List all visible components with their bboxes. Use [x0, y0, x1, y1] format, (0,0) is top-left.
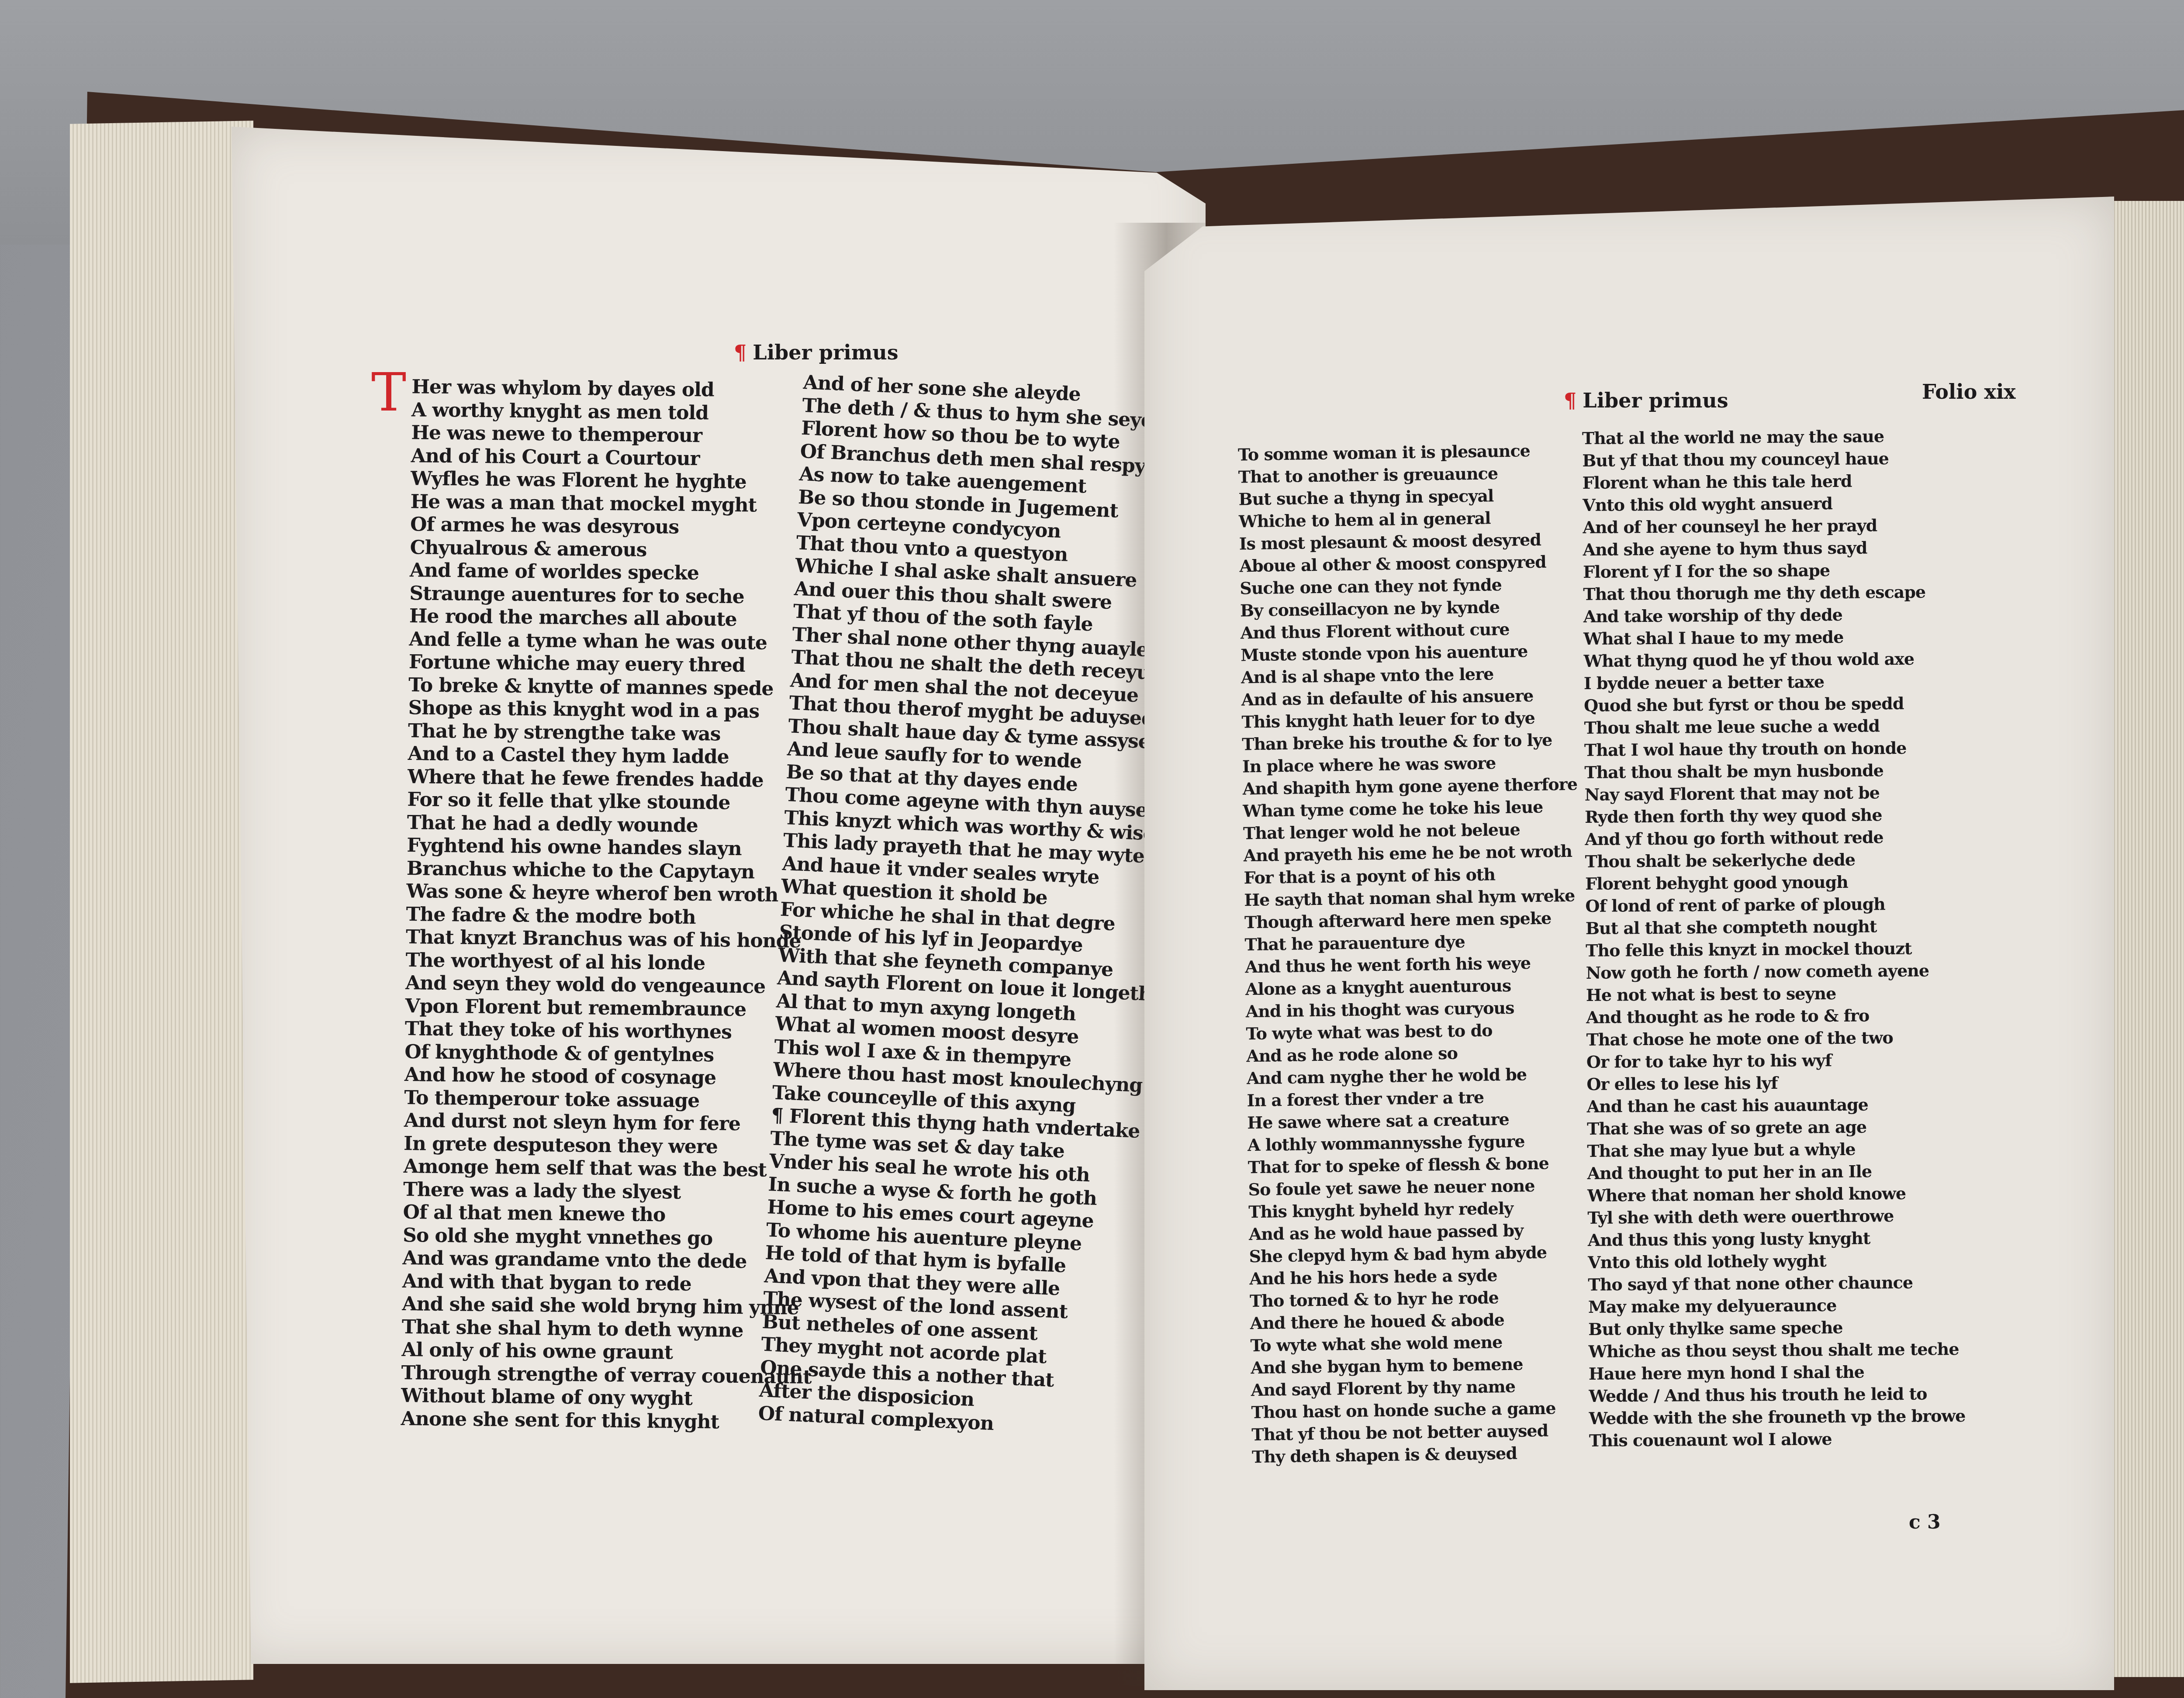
verse-line: So foule yet sawe he neuer none — [1248, 1174, 1583, 1201]
verse-line: And she said she wold bryng him ynne — [402, 1293, 812, 1320]
verse-line: Thou shalt me leue suche a wedd — [1584, 714, 1960, 739]
verse-line: And of his Court a Courtour — [411, 445, 821, 472]
verse-line: And how he stood of cosynage — [404, 1063, 815, 1091]
verse-line: Of armes he was desyrous — [410, 513, 820, 540]
verse-line: Wyfles he was Florent he hyghte — [411, 467, 821, 494]
verse-line: What shal I haue to my mede — [1583, 625, 1960, 650]
verse-line: And she ayene to hym thus sayd — [1583, 536, 1959, 561]
verse-line: That al the world ne may the saue — [1582, 424, 1959, 449]
verse-line: Fortune whiche may euery thred — [409, 651, 819, 678]
signature-mark: c 3 — [1909, 1511, 1941, 1533]
verse-line: Of al that men knewe tho — [403, 1201, 813, 1228]
verse-line: Now goth he forth / now cometh ayene — [1586, 959, 1962, 984]
verse-line: That knyzt Branchus was of his honde — [406, 926, 816, 953]
verse-line: Tyl she with deth were ouerthrowe — [1587, 1204, 1964, 1229]
verse-line: And thus this yong lusty knyght — [1588, 1226, 1964, 1251]
verse-line: The worthyest of al his londe — [405, 949, 816, 976]
verse-line: And fame of worldes specke — [410, 559, 820, 586]
verse-line: Wedde / And thus his trouth he leid to — [1589, 1382, 1965, 1407]
verse-line: Where that noman her shold knowe — [1587, 1182, 1964, 1207]
verse-line: Aboue al other & moost conspyred — [1239, 550, 1574, 577]
verse-line: Nay sayd Florent that may not be — [1585, 781, 1961, 806]
verse-line: Or for to take hyr to his wyf — [1586, 1048, 1963, 1073]
verse-line: And take worship of thy dede — [1583, 603, 1960, 628]
verse-line: Quod she but fyrst or thou be spedd — [1584, 692, 1960, 717]
verse-line: To somme woman it is plesaunce — [1238, 439, 1573, 466]
verse-line: To themperour toke assuage — [404, 1087, 814, 1114]
verse-line: There was a lady the slyest — [403, 1178, 813, 1205]
verse-line: To breke & knytte of mannes spede — [408, 674, 819, 701]
verse-line: Florent whan he this tale herd — [1583, 469, 1959, 494]
verse-line: And thus he went forth his weye — [1245, 951, 1580, 978]
verse-line: Of lond of rent of parke of plough — [1585, 892, 1962, 917]
verse-line: And seyn they wold do vengeaunce — [405, 972, 816, 999]
right-page-column-a: To somme woman it is plesaunceThat to an… — [1238, 439, 1587, 1468]
verse-line: That thou shalt be myn husbonde — [1584, 759, 1961, 783]
verse-line: May make my delyueraunce — [1588, 1293, 1965, 1318]
verse-line: He was newe to themperour — [411, 421, 821, 449]
verse-line: And prayeth his eme he be not wroth — [1243, 840, 1578, 867]
verse-line: Vnto this old wyght ansuerd — [1583, 491, 1959, 516]
verse-line: Than breke his trouthe & for to lye — [1242, 728, 1577, 756]
rubricated-initial: T — [371, 362, 406, 423]
page-edges-left — [70, 121, 253, 1683]
verse-line: That thou thorugh me thy deth escape — [1583, 580, 1959, 605]
verse-line: Vnto this old lothely wyght — [1588, 1249, 1964, 1273]
verse-line: Straunge auentures for to seche — [409, 582, 819, 609]
verse-line: And thought to put her in an Ile — [1587, 1160, 1964, 1184]
right-page-column-b: That al the world ne may the saueBut yf … — [1582, 424, 1966, 1452]
verse-line: That she shal hym to deth wynne — [402, 1316, 812, 1343]
verse-line: And thought as he rode to & fro — [1586, 1004, 1963, 1028]
verse-line: Thou shalt be sekerlyche dede — [1585, 848, 1962, 873]
verse-line: That he by strengthe take was — [408, 720, 818, 747]
verse-line: Her was whylom by dayes old — [411, 376, 822, 403]
pilcrow-icon: ¶ — [734, 341, 746, 364]
verse-line: This couenaunt wol I alowe — [1589, 1427, 1966, 1452]
verse-line: That she was of so grete an age — [1587, 1115, 1963, 1140]
verse-line: She clepyd hym & bad hym abyde — [1249, 1241, 1584, 1268]
left-page-column-a: Her was whylom by dayes oldA worthy knyg… — [401, 376, 822, 1435]
verse-line: Florent yf I for the so shape — [1583, 558, 1959, 583]
verse-line: Muste stonde vpon his auenture — [1241, 639, 1576, 666]
open-book: ¶Liber primus T Her was whylom by dayes … — [66, 92, 2184, 1698]
verse-line: Of knyghthode & of gentylnes — [404, 1041, 815, 1068]
verse-line: Without blame of ony wyght — [401, 1384, 811, 1412]
verse-line: And than he cast his auauntage — [1587, 1093, 1963, 1118]
verse-line: Was sone & heyre wherof ben wroth — [406, 880, 816, 907]
verse-line: And was grandame vnto the dede — [402, 1247, 812, 1274]
verse-line: And yf thou go forth without rede — [1585, 825, 1961, 850]
verse-line: Tho felle this knyzt in mockel thouzt — [1586, 937, 1962, 962]
verse-line: That she may lyue but a whyle — [1587, 1137, 1963, 1162]
verse-line: He not what is best to seyne — [1586, 981, 1963, 1006]
verse-line: Whiche as thou seyst thou shalt me teche — [1588, 1338, 1965, 1363]
verse-line: Wedde with the she frouneth vp the browe — [1589, 1405, 1965, 1429]
verse-line: And to a Castel they hym ladde — [408, 742, 818, 770]
verse-line: Anone she sent for this knyght — [401, 1408, 811, 1435]
left-page: ¶Liber primus T Her was whylom by dayes … — [232, 127, 1206, 1664]
verse-line: Ryde then forth thy wey quod she — [1585, 803, 1961, 828]
verse-line: That they toke of his worthynes — [405, 1018, 815, 1045]
verse-line: Though afterward here men speke — [1244, 907, 1579, 934]
verse-line: That yf thou be not better auysed — [1251, 1419, 1586, 1446]
running-head-right: ¶Liber primus — [1564, 389, 1728, 412]
verse-line: He rood the marches all aboute — [409, 605, 819, 632]
verse-line: But yf that thou my counceyl haue — [1582, 447, 1959, 472]
verse-line: And of her counseyl he her prayd — [1583, 514, 1959, 538]
running-head-left: ¶Liber primus — [734, 341, 898, 364]
verse-line: Shope as this knyght wod in a pas — [408, 697, 818, 724]
verse-line: But al that she compteth nought — [1586, 915, 1962, 939]
verse-line: For so it felle that ylke stounde — [407, 788, 817, 815]
verse-line: Thy deth shapen is & deuysed — [1252, 1441, 1587, 1468]
verse-line: And durst not sleyn hym for fere — [404, 1109, 814, 1136]
verse-line: Florent behyght good ynough — [1585, 870, 1962, 895]
folio-number: Folio xix — [1922, 380, 2016, 404]
verse-line: Or elles to lese his lyf — [1586, 1070, 1963, 1095]
right-page: ¶Liber primus Folio xix To somme woman i… — [1144, 197, 2114, 1690]
verse-line: Whan tyme come he toke his leue — [1243, 795, 1578, 822]
verse-line: So old she myght vnnethes go — [403, 1224, 813, 1251]
verse-line: What thyng quod he yf thou wold axe — [1583, 647, 1960, 672]
pilcrow-icon: ¶ — [1564, 389, 1576, 412]
verse-line: Haue here myn hond I shal the — [1589, 1360, 1965, 1385]
verse-line: Al only of his owne graunt — [401, 1339, 812, 1366]
verse-line: That chose he mote one of the two — [1586, 1026, 1963, 1051]
verse-line: Branchus whiche to the Capytayn — [407, 857, 817, 884]
verse-line: I bydde neuer a better taxe — [1584, 670, 1960, 694]
verse-line: That I wol haue thy trouth on honde — [1584, 736, 1961, 761]
verse-line: Amonge hem self that was the best — [403, 1155, 813, 1182]
verse-line: But only thylke same speche — [1588, 1315, 1965, 1340]
verse-line: That he had a dedly wounde — [407, 811, 817, 839]
verse-line: Fyghtend his owne handes slayn — [407, 834, 817, 861]
verse-line: Tho sayd yf that none other chaunce — [1588, 1271, 1964, 1296]
